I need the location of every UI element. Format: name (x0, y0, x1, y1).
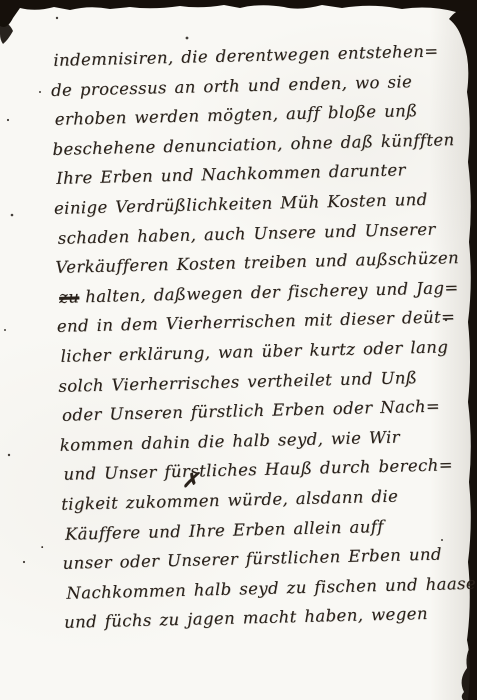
margin-dot-mark: · (40, 540, 44, 556)
struck-word: zu (59, 287, 80, 306)
insertion-x-mark: ✗ (182, 468, 199, 492)
line-text: halten, daßwegen der fischerey und Jag= (85, 278, 459, 306)
bottom-right-smudge (462, 638, 477, 700)
handwritten-text-block: indemnisiren, die derentwegen entstehen=… (50, 36, 468, 638)
manuscript-page: indemnisiren, die derentwegen entstehen=… (0, 0, 477, 700)
top-left-corner-blotch (0, 20, 13, 44)
top-edge-band (0, 0, 477, 27)
